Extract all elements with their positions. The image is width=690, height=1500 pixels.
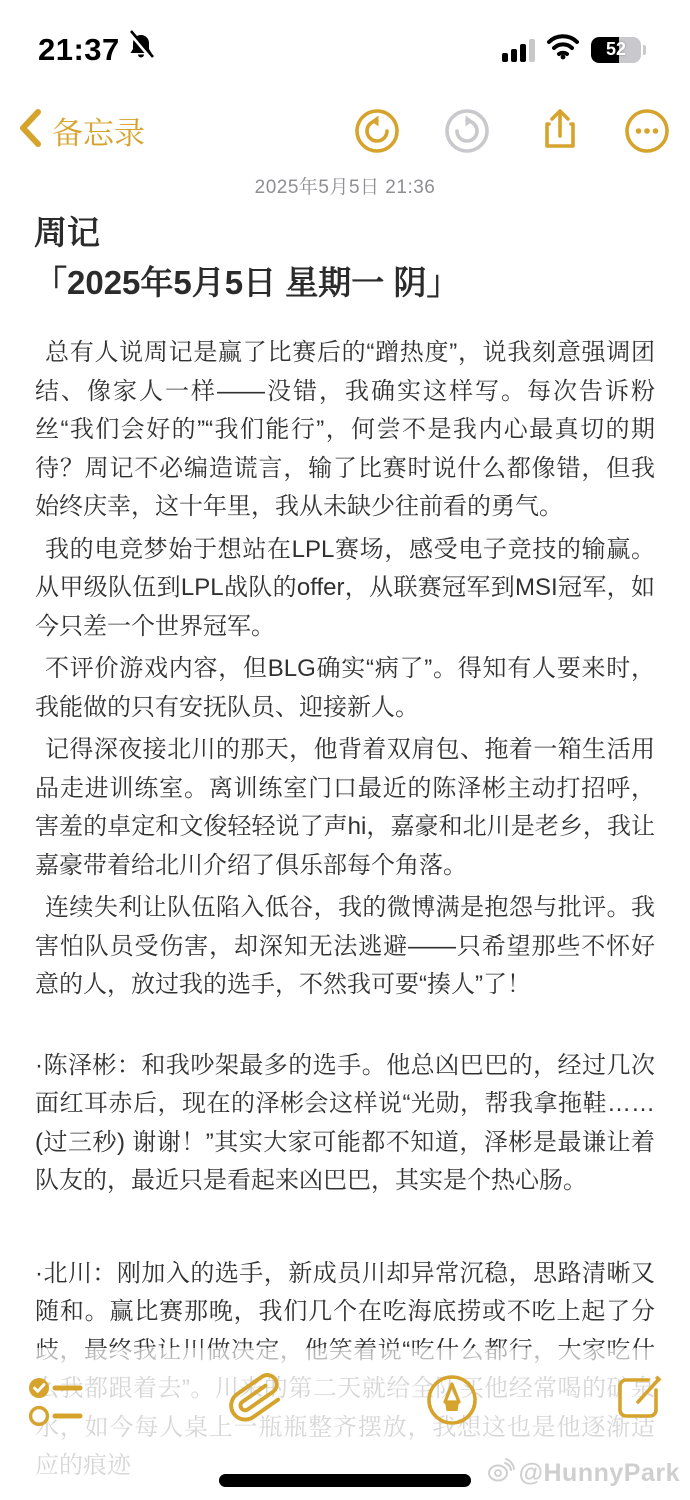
watermark-handle: @HunnyPark	[519, 1459, 680, 1488]
battery-cap	[643, 45, 646, 55]
wifi-icon	[547, 34, 579, 65]
back-button-label: 备忘录	[52, 108, 145, 153]
note-title: 周记 「2025年5月5日 星期一 阴」	[34, 208, 656, 308]
more-button[interactable]	[622, 106, 672, 156]
undo-button[interactable]	[352, 106, 402, 156]
chevron-left-icon	[18, 108, 42, 153]
note-title-line2: 「2025年5月5日 星期一 阴」	[34, 258, 656, 308]
battery-percent: 52	[591, 37, 641, 63]
nav-bar: 备忘录	[0, 104, 690, 162]
note-timestamp: 2025年5月5日 21:36	[0, 172, 690, 199]
note-paragraph: 不评价游戏内容，但BLG确实“病了”。得知有人要来时，我能做的只有安抚队员、迎接…	[35, 650, 655, 727]
redo-button[interactable]	[442, 106, 492, 156]
cellular-signal-icon	[502, 38, 535, 62]
bottom-toolbar	[0, 1372, 690, 1432]
mute-bell-icon	[126, 30, 156, 69]
checklist-icon[interactable]	[28, 1374, 84, 1430]
note-paragraph: 我的电竞梦始于想站在LPL赛场，感受电子竞技的输赢。从甲级队伍到LPL战队的of…	[35, 531, 655, 647]
home-indicator[interactable]	[219, 1474, 471, 1487]
status-bar: 21:37 5	[0, 26, 690, 70]
note-title-line1: 周记	[34, 208, 656, 258]
share-button[interactable]	[535, 106, 585, 156]
status-time: 21:37	[38, 32, 120, 68]
battery-icon: 52	[591, 37, 641, 63]
note-editor[interactable]: 总有人说周记是赢了比赛后的“蹭热度”，说我刻意强调团结、像家人一样——没错，我确…	[35, 334, 655, 1490]
watermark: @HunnyPark	[487, 1457, 680, 1490]
note-paragraph: 记得深夜接北川的那天，他背着双肩包、拖着一箱生活用品走进训练室。离训练室门口最近…	[35, 731, 655, 885]
markup-pen-icon[interactable]	[424, 1372, 480, 1428]
weibo-icon	[487, 1457, 515, 1490]
note-paragraph: 连续失利让队伍陷入低谷，我的微博满是抱怨与批评。我害怕队员受伤害，却深知无法逃避…	[35, 889, 655, 1005]
note-paragraph: 总有人说周记是赢了比赛后的“蹭热度”，说我刻意强调团结、像家人一样——没错，我确…	[35, 334, 655, 527]
note-paragraph-bullet: ·陈泽彬：和我吵架最多的选手。他总凶巴巴的，经过几次面红耳赤后，现在的泽彬会这样…	[35, 1047, 655, 1201]
paperclip-icon[interactable]	[228, 1370, 284, 1426]
notes-app-screen: 21:37 5	[0, 0, 690, 1500]
compose-icon[interactable]	[612, 1370, 668, 1426]
back-button[interactable]: 备忘录	[18, 108, 145, 153]
